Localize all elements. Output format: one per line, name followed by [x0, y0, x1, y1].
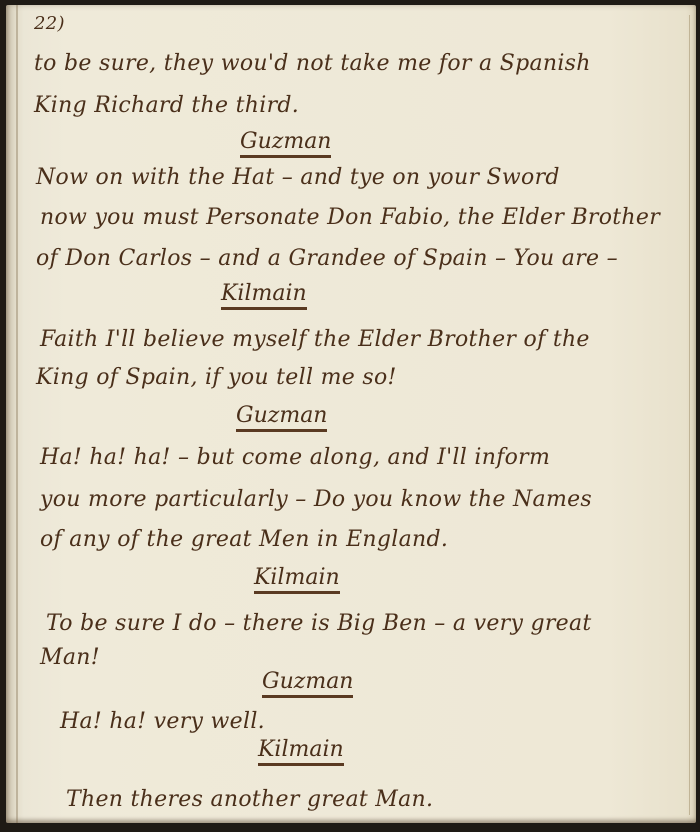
dialogue-line: of any of the great Men in England. — [40, 527, 448, 552]
page-edge — [689, 15, 690, 815]
manuscript-page: 22) to be sure, they wou'd not take me f… — [6, 5, 696, 823]
speaker-heading: Kilmain — [221, 281, 307, 310]
scan-frame: 22) to be sure, they wou'd not take me f… — [0, 0, 700, 832]
dialogue-line: Ha! ha! ha! – but come along, and I'll i… — [40, 445, 550, 470]
speaker-heading: Kilmain — [258, 737, 344, 766]
dialogue-line: now you must Personate Don Fabio, the El… — [40, 205, 660, 230]
text-line: to be sure, they wou'd not take me for a… — [34, 51, 591, 76]
dialogue-line: Man! — [40, 645, 100, 670]
gutter-line — [16, 5, 18, 823]
dialogue-line: Faith I'll believe myself the Elder Brot… — [40, 327, 590, 352]
text-line: King Richard the third. — [34, 93, 299, 118]
dialogue-line: Now on with the Hat – and tye on your Sw… — [36, 165, 560, 190]
speaker-heading: Kilmain — [254, 565, 340, 594]
page-number: 22) — [34, 13, 65, 34]
dialogue-line: King of Spain, if you tell me so! — [36, 365, 397, 390]
speaker-heading: Guzman — [236, 403, 327, 432]
speaker-heading: Guzman — [262, 669, 353, 698]
dialogue-line: you more particularly – Do you know the … — [40, 487, 592, 512]
dialogue-line: Ha! ha! very well. — [60, 709, 265, 734]
dialogue-line: To be sure I do – there is Big Ben – a v… — [46, 611, 592, 636]
speaker-heading: Guzman — [240, 129, 331, 158]
dialogue-line: of Don Carlos – and a Grandee of Spain –… — [36, 246, 618, 271]
dialogue-line: Then theres another great Man. — [66, 787, 433, 812]
